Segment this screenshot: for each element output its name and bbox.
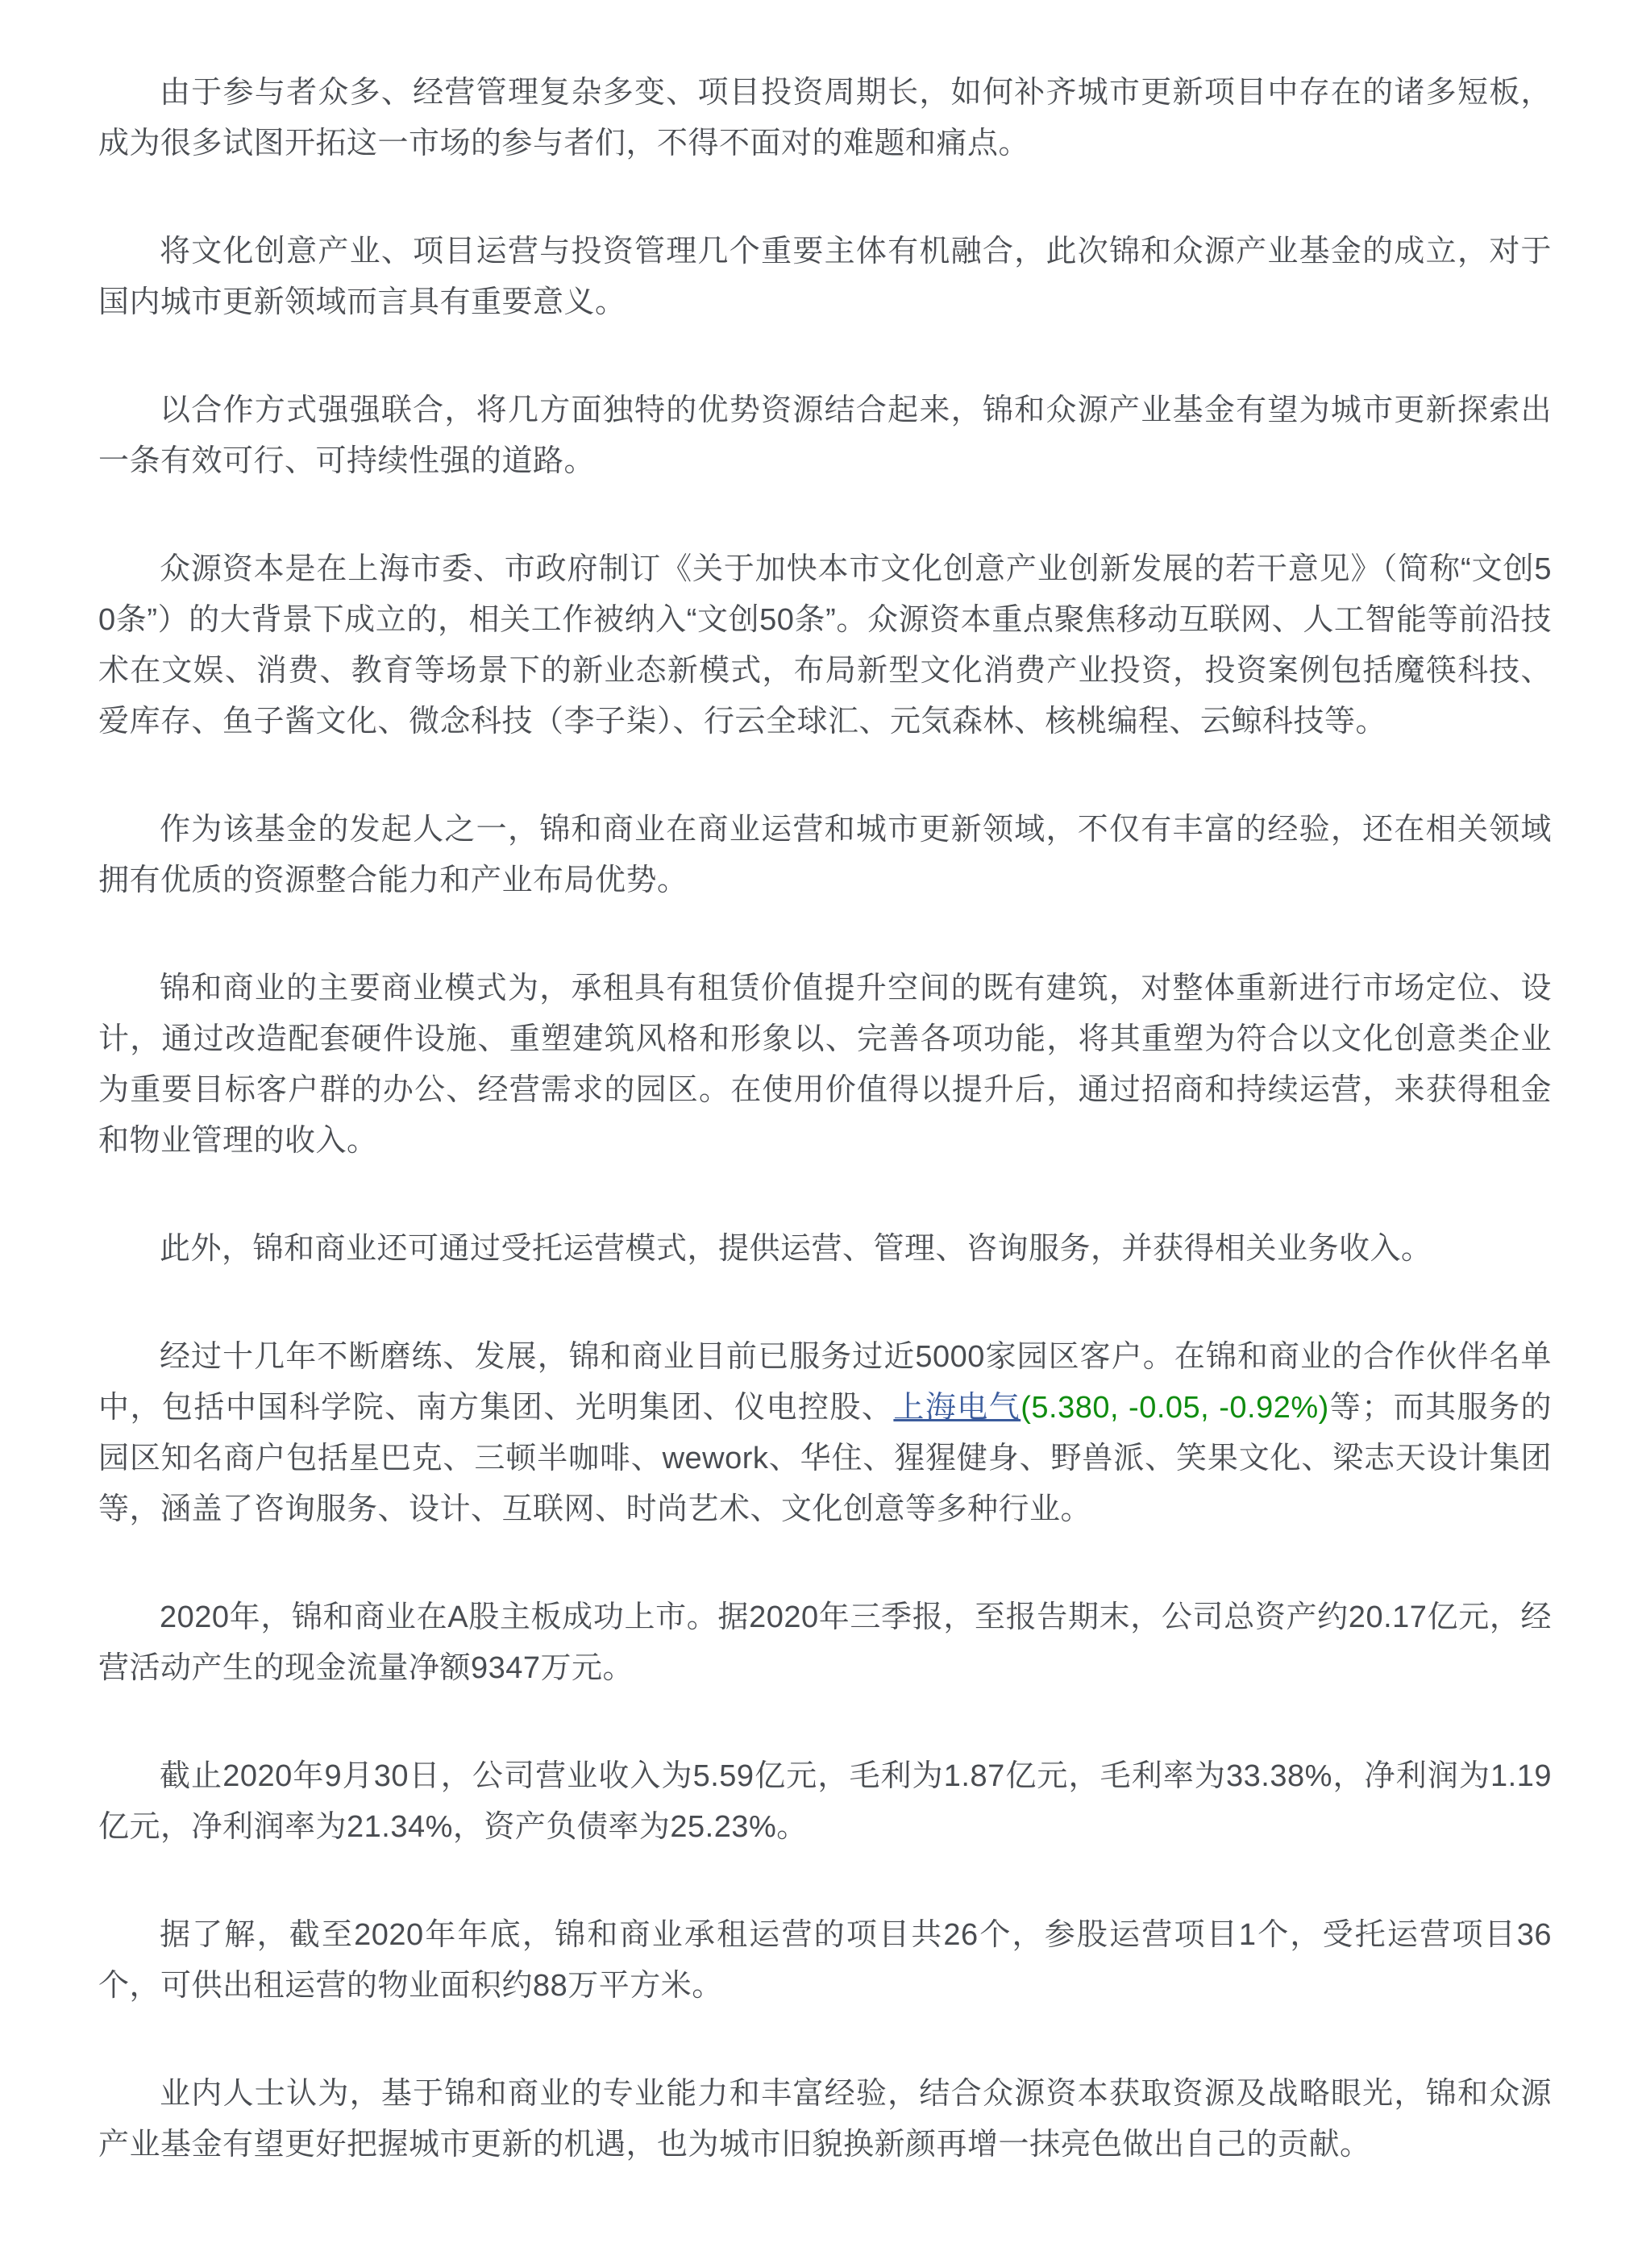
- paragraph: 将文化创意产业、项目运营与投资管理几个重要主体有机融合，此次锦和众源产业基金的成…: [98, 227, 1552, 328]
- paragraph: 2020年，锦和商业在A股主板成功上市。据2020年三季报，至报告期末，公司总资…: [98, 1592, 1552, 1694]
- paragraph-text: 作为该基金的发起人之一，锦和商业在商业运营和城市更新领域，不仅有丰富的经验，还在…: [98, 813, 1552, 897]
- paragraph-text: 由于参与者众多、经营管理复杂多变、项目投资周期长，如何补齐城市更新项目中存在的诸…: [98, 76, 1552, 160]
- paragraph-text: 据了解，截至2020年年底，锦和商业承租运营的项目共26个，参股运营项目1个，受…: [98, 1918, 1552, 2003]
- paragraph-text: 将文化创意产业、项目运营与投资管理几个重要主体有机融合，此次锦和众源产业基金的成…: [98, 235, 1552, 319]
- article-body: 由于参与者众多、经营管理复杂多变、项目投资周期长，如何补齐城市更新项目中存在的诸…: [0, 0, 1642, 2203]
- paragraph-text: 截止2020年9月30日，公司营业收入为5.59亿元，毛利为1.87亿元，毛利率…: [98, 1759, 1552, 1844]
- paragraph: 锦和商业的主要商业模式为，承租具有租赁价值提升空间的既有建筑，对整体重新进行市场…: [98, 963, 1552, 1167]
- paragraph-text: 业内人士认为，基于锦和商业的专业能力和丰富经验，结合众源资本获取资源及战略眼光，…: [98, 2077, 1552, 2162]
- paragraph: 据了解，截至2020年年底，锦和商业承租运营的项目共26个，参股运营项目1个，受…: [98, 1910, 1552, 2012]
- paragraph: 经过十几年不断磨练、发展，锦和商业目前已服务过近5000家园区客户。在锦和商业的…: [98, 1332, 1552, 1535]
- paragraph: 以合作方式强强联合，将几方面独特的优势资源结合起来，锦和众源产业基金有望为城市更…: [98, 385, 1552, 487]
- paragraph-text: 2020年，锦和商业在A股主板成功上市。据2020年三季报，至报告期末，公司总资…: [98, 1600, 1552, 1685]
- paragraph: 此外，锦和商业还可通过受托运营模式，提供运营、管理、咨询服务，并获得相关业务收入…: [98, 1224, 1552, 1275]
- paragraph-text: 以合作方式强强联合，将几方面独特的优势资源结合起来，锦和众源产业基金有望为城市更…: [98, 393, 1552, 478]
- paragraph-text: 众源资本是在上海市委、市政府制订《关于加快本市文化创意产业创新发展的若干意见》（…: [98, 552, 1552, 739]
- stock-link[interactable]: 上海电气: [893, 1391, 1021, 1425]
- paragraph: 截止2020年9月30日，公司营业收入为5.59亿元，毛利为1.87亿元，毛利率…: [98, 1751, 1552, 1853]
- stock-quote: (5.380, -0.05, -0.92%): [1021, 1391, 1329, 1425]
- paragraph-text: 锦和商业的主要商业模式为，承租具有租赁价值提升空间的既有建筑，对整体重新进行市场…: [98, 972, 1552, 1158]
- paragraph: 众源资本是在上海市委、市政府制订《关于加快本市文化创意产业创新发展的若干意见》（…: [98, 544, 1552, 747]
- paragraph: 由于参与者众多、经营管理复杂多变、项目投资周期长，如何补齐城市更新项目中存在的诸…: [98, 68, 1552, 169]
- paragraph-text: 此外，锦和商业还可通过受托运营模式，提供运营、管理、咨询服务，并获得相关业务收入…: [160, 1232, 1432, 1266]
- paragraph: 作为该基金的发起人之一，锦和商业在商业运营和城市更新领域，不仅有丰富的经验，还在…: [98, 805, 1552, 906]
- paragraph: 业内人士认为，基于锦和商业的专业能力和丰富经验，结合众源资本获取资源及战略眼光，…: [98, 2069, 1552, 2170]
